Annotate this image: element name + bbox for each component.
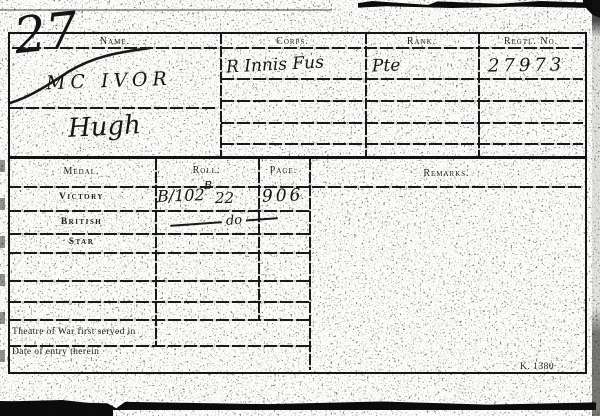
divider-name-corps — [220, 33, 222, 158]
corps-header: Corps. — [220, 36, 365, 47]
victory-roll-superscript: B — [204, 179, 212, 192]
right-edge-strip — [592, 0, 600, 416]
regimental-number-handwriting: 27973 — [488, 54, 566, 76]
row-line-blank-3 — [8, 319, 309, 321]
victory-page-handwriting: 906 — [262, 185, 304, 206]
medal-row-star-label: Star — [8, 237, 155, 247]
corps-blank-line-3 — [221, 143, 583, 145]
medal-row-british-label: British — [8, 217, 155, 227]
divider-roll-page — [258, 159, 260, 319]
name-row-line — [10, 107, 218, 109]
top-edge-dark-band — [358, 1, 592, 8]
section-divider — [8, 156, 585, 159]
header-underline — [12, 47, 583, 49]
theatre-of-war-label: Theatre of War first served in — [12, 327, 172, 337]
form-number: K. 1380 — [520, 362, 580, 372]
victory-roll-handwriting: B/102 — [157, 185, 205, 206]
forename-handwriting: Hugh — [67, 110, 141, 144]
regtl-no-header: Regtl. No. — [478, 36, 584, 47]
roll-header: Roll. — [155, 165, 258, 176]
row-line-blank-2 — [8, 301, 309, 303]
rank-handwriting: Pte — [372, 56, 401, 77]
divider-rank-regtl — [478, 33, 480, 158]
row-line-blank-1 — [8, 280, 309, 282]
ditto-text: do — [225, 213, 242, 229]
row-line-british — [8, 233, 309, 235]
bottom-left-blot — [0, 400, 113, 416]
row-line-star — [8, 252, 309, 254]
rank-header: Rank. — [365, 36, 478, 47]
divider-corps-rank — [365, 33, 367, 158]
ditto-dash-right — [246, 217, 278, 221]
page-header: Page. — [258, 165, 309, 176]
surname-handwriting: MC IVOR — [46, 68, 173, 94]
left-edge-marks — [0, 160, 5, 372]
corps-blank-line-2 — [221, 122, 583, 124]
corps-blank-line-1 — [221, 100, 583, 102]
medal-header: Medal. — [8, 166, 155, 177]
date-of-entry-label: Date of entry therein — [12, 347, 172, 357]
corps-row-line — [221, 78, 583, 80]
medal-index-card-scan: Name. Corps. Rank. Regtl. No. 27 MC IVOR… — [0, 0, 600, 416]
ditto-dash-left — [170, 221, 222, 227]
remarks-header: Remarks. — [309, 168, 584, 179]
divider-page-remarks — [309, 159, 311, 370]
corner-number: 27 — [12, 5, 81, 61]
victory-roll-number: 22 — [215, 189, 234, 207]
medal-row-victory-label: Victory — [8, 192, 155, 202]
